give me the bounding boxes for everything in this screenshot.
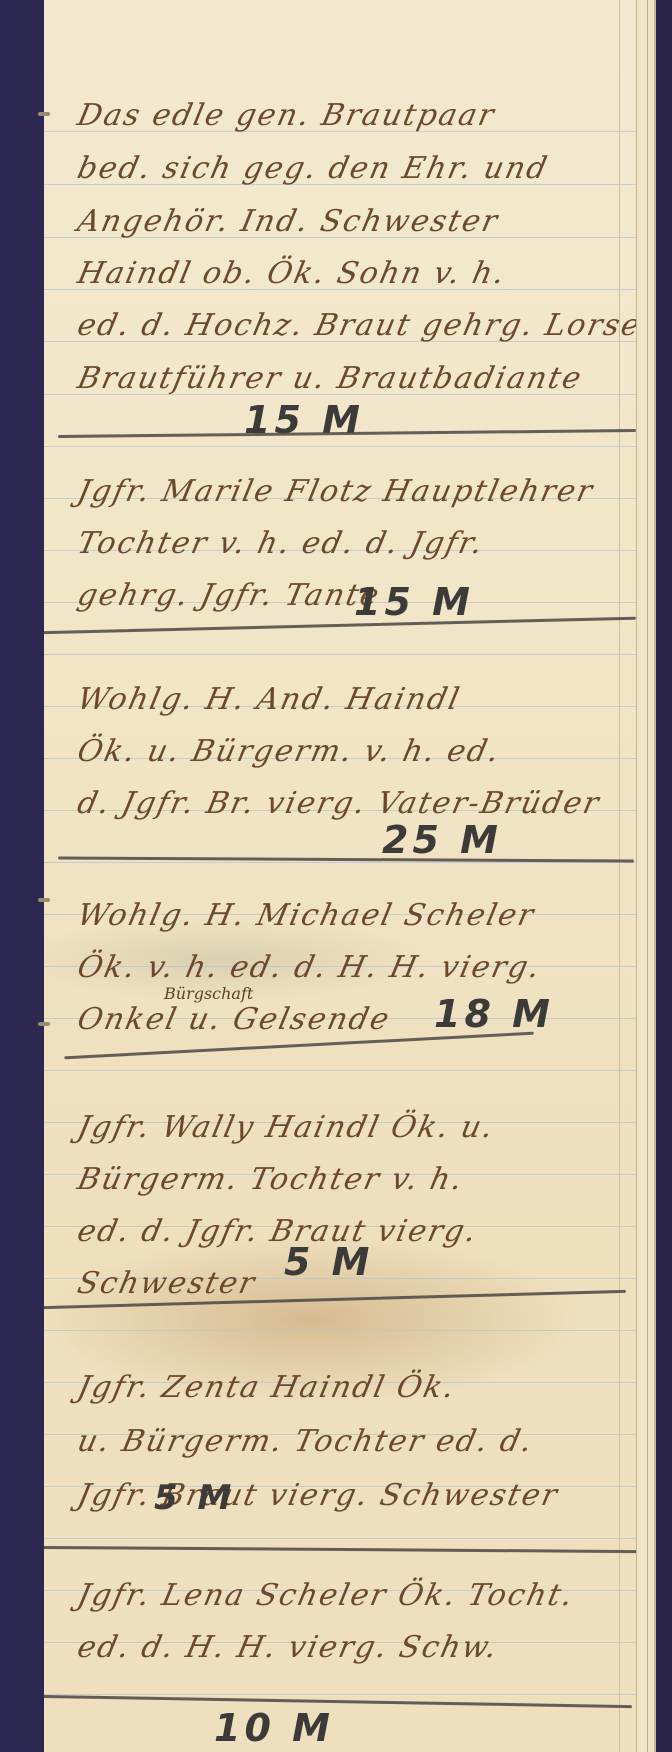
ruled-line — [44, 862, 636, 863]
entry-4-interlinear-note: Bürgschaft — [164, 984, 253, 1003]
ruled-line — [44, 1538, 636, 1539]
entry-1-line-5: ed. d. Hochz. Braut gehrg. Lorsen — [74, 308, 637, 343]
entry-7-line-1: Jgfr. Lena Scheler Ök. Tocht. — [74, 1578, 577, 1613]
entry-1-line-3: Angehör. Ind. Schwester — [74, 204, 502, 239]
entry-6-line-1: Jgfr. Zenta Haindl Ök. — [74, 1370, 459, 1405]
entry-1-line-1: Das edle gen. Brautpaar — [74, 98, 498, 133]
ruled-line — [44, 1330, 636, 1331]
binding-stitch — [38, 112, 50, 116]
entry-5-line-3: ed. d. Jgfr. Braut vierg. — [74, 1214, 481, 1249]
ledger-page: Das edle gen. Brautpaar bed. sich geg. d… — [44, 0, 637, 1752]
ruled-line — [44, 1070, 636, 1071]
ruled-line — [44, 1694, 636, 1695]
entry-3-line-1: Wohlg. H. And. Haindl — [74, 682, 464, 717]
entry-2-amount: 15 M — [354, 580, 474, 624]
entry-2-line-3: gehrg. Jgfr. Tante — [74, 578, 383, 613]
entry-5-amount: 5 M — [284, 1240, 373, 1284]
entry-7-amount: 10 M — [214, 1706, 334, 1750]
entry-2-line-1: Jgfr. Marile Flotz Hauptlehrer — [74, 474, 597, 509]
entry-4-line-2: Ök. v. h. ed. d. H. H. vierg. — [74, 950, 544, 985]
entry-3-amount: 25 M — [382, 818, 502, 862]
binding-stitch — [38, 1022, 50, 1026]
entry-3-line-3: d. Jgfr. Br. vierg. Vater-Brüder — [74, 786, 603, 821]
entry-5-line-4: Schwester — [74, 1266, 259, 1301]
entry-1-line-2: bed. sich geg. den Ehr. und — [74, 151, 552, 186]
entry-1-line-4: Haindl ob. Ök. Sohn v. h. — [74, 256, 509, 291]
binding-stitch — [38, 898, 50, 902]
entry-6-line-3: Jgfr. Braut vierg. Schwester — [74, 1478, 562, 1513]
entry-4-line-1: Wohlg. H. Michael Scheler — [74, 898, 538, 933]
entry-separator — [44, 1695, 632, 1708]
entry-6-line-2: u. Bürgerm. Tochter ed. d. — [74, 1424, 537, 1459]
entry-5-line-1: Jgfr. Wally Haindl Ök. u. — [74, 1110, 498, 1145]
entry-2-line-2: Tochter v. h. ed. d. Jgfr. — [74, 526, 487, 561]
ruled-line — [44, 446, 636, 447]
entry-separator — [44, 617, 636, 635]
entry-7-line-2: ed. d. H. H. vierg. Schw. — [74, 1630, 501, 1665]
ruled-line — [44, 654, 636, 655]
entry-3-line-2: Ök. u. Bürgerm. v. h. ed. — [74, 734, 504, 769]
page-margin-line — [619, 0, 620, 1752]
entry-4-line-3: Onkel u. Gelsende — [74, 1002, 394, 1037]
entry-5-line-2: Bürgerm. Tochter v. h. — [74, 1162, 467, 1197]
entry-1-line-6: Brautführer u. Brautbadiante — [74, 361, 586, 396]
entry-4-amount: 18 M — [434, 992, 554, 1036]
entry-6-amount: 5 M — [154, 1478, 235, 1518]
entry-separator — [44, 1546, 637, 1553]
